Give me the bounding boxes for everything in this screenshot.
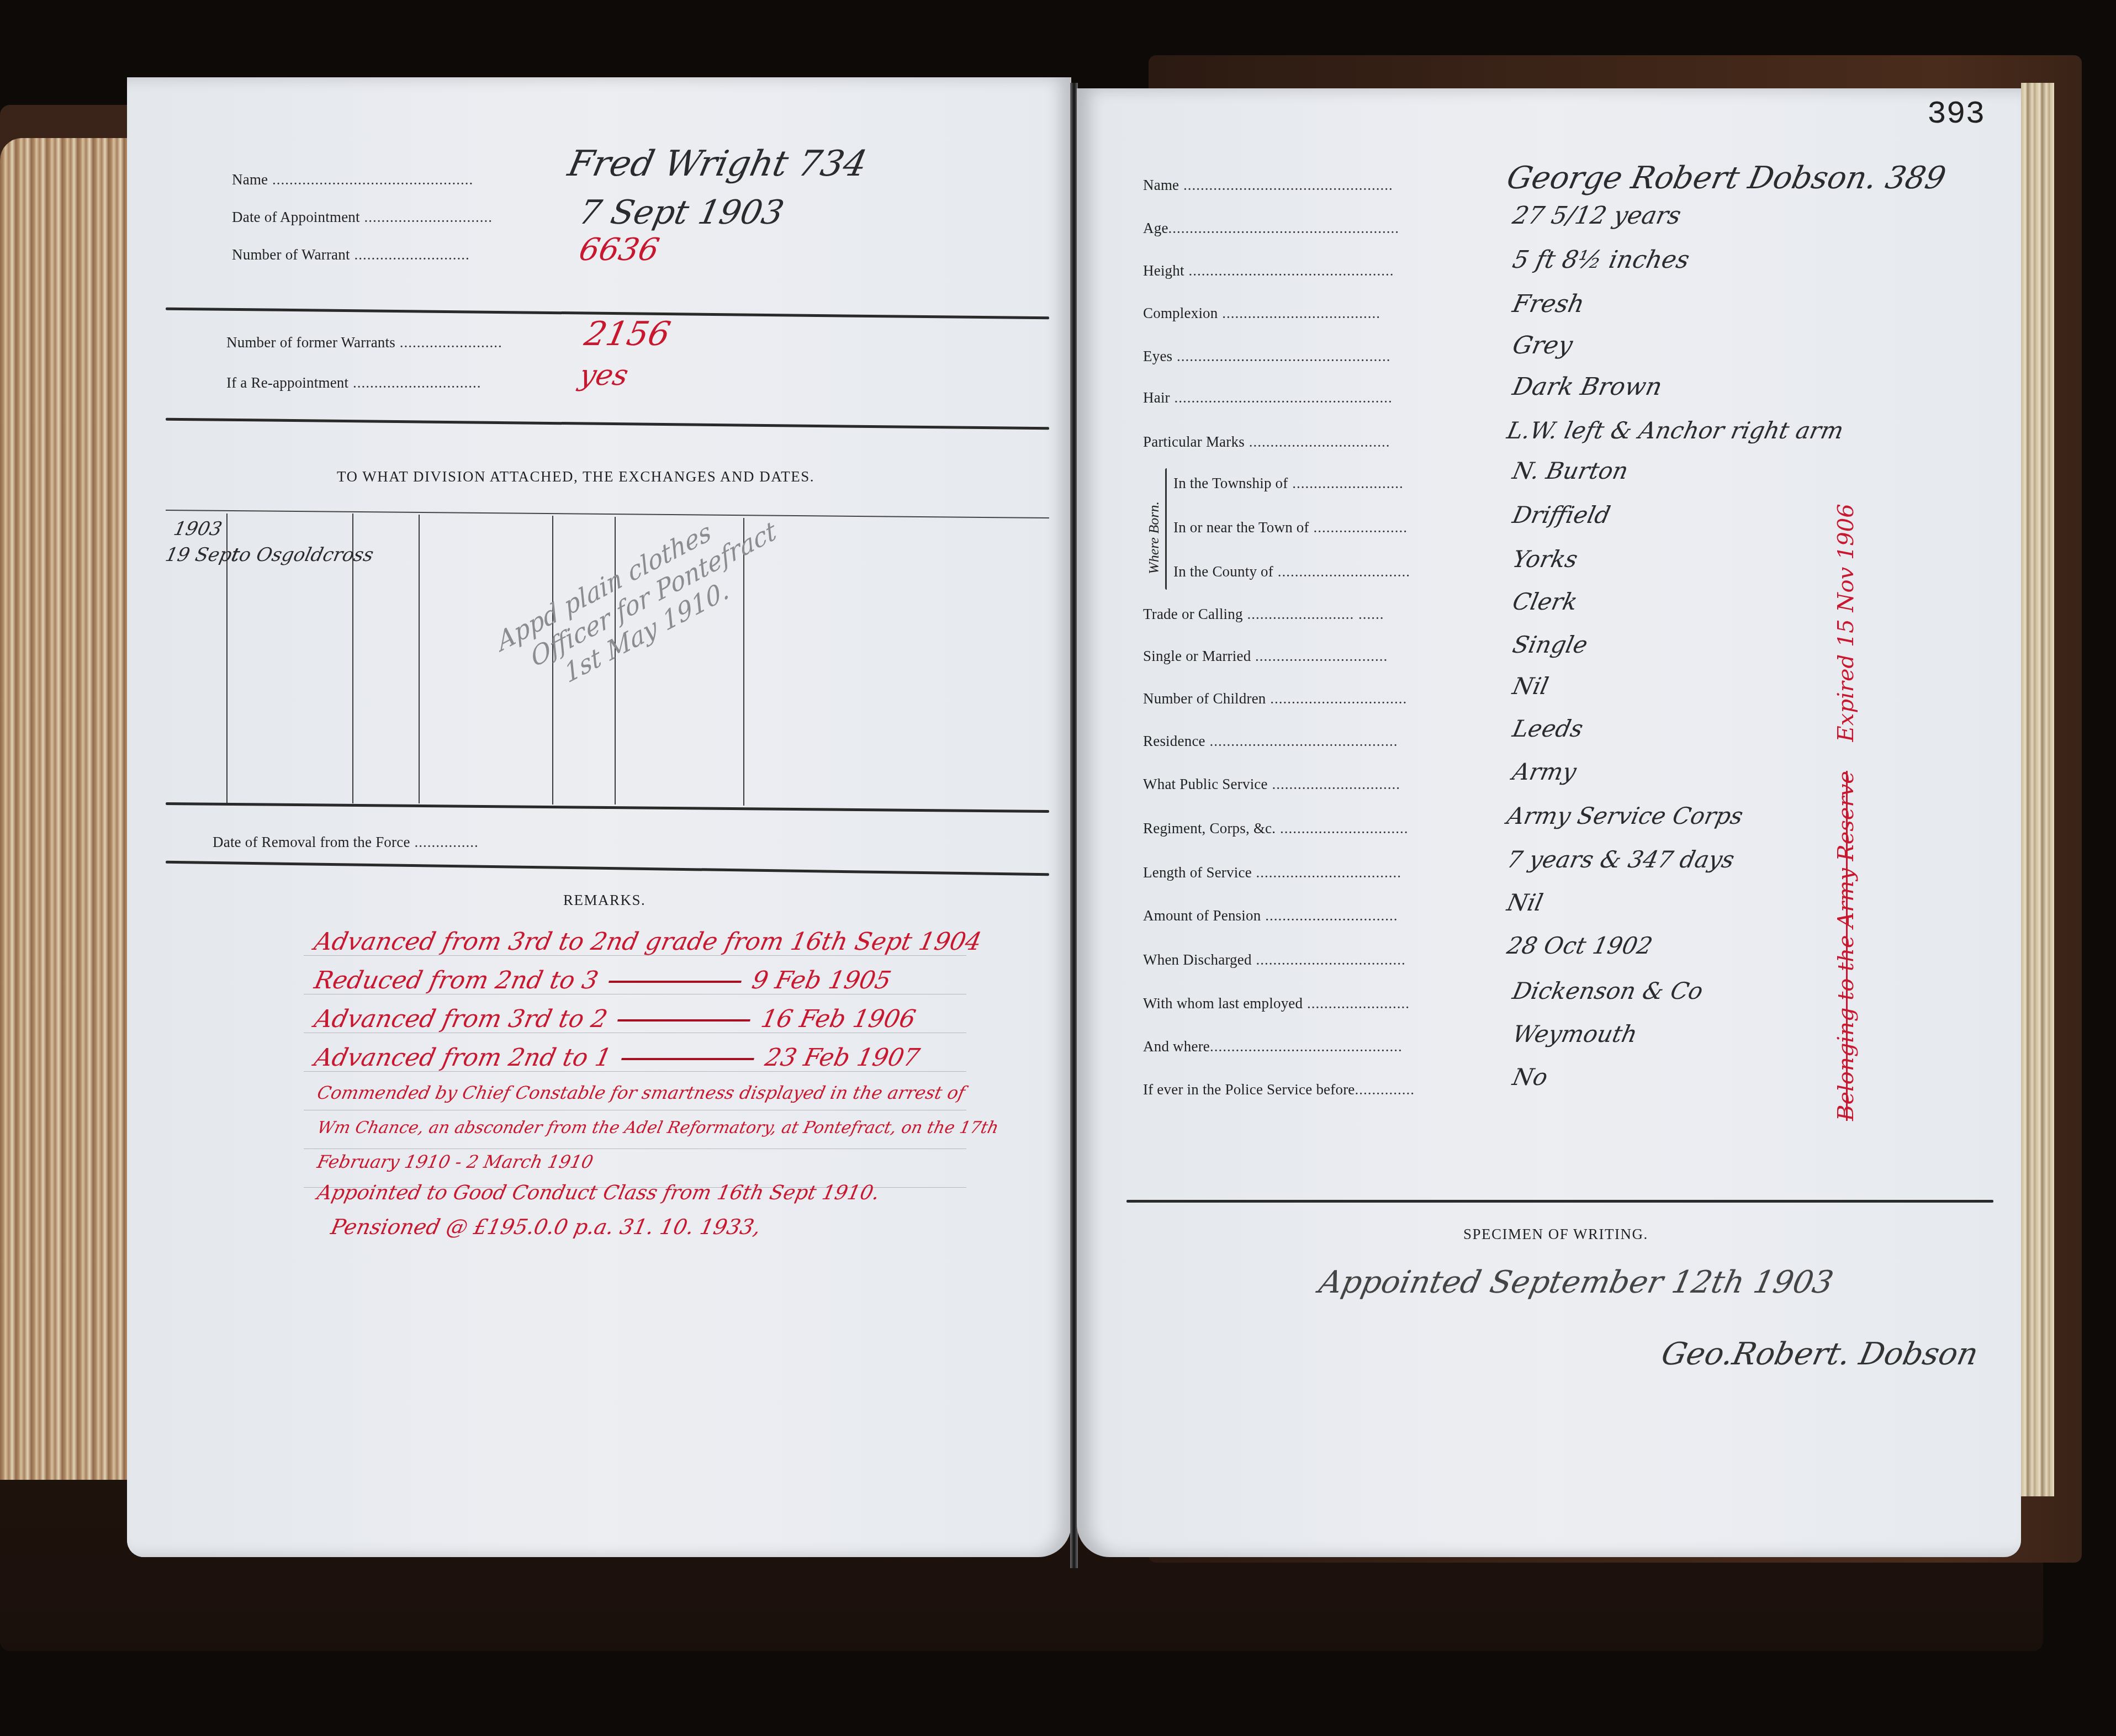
page-edges-right: [2021, 83, 2054, 1496]
field-value-age: 27 5/12 years: [1510, 202, 1684, 230]
remark-item: Appointed to Good Conduct Class from 16t…: [315, 1182, 882, 1204]
field-warrant-value: 6636: [576, 232, 662, 268]
field-label: Name ...................................…: [1143, 177, 1393, 194]
remark-item: February 1910 - 2 March 1910: [315, 1151, 595, 1172]
margin-note-text: Expired 15 Nov 1906: [1833, 504, 1859, 742]
field-label: Amount of Pension ......................…: [1143, 907, 1398, 924]
divider: [166, 418, 1049, 430]
pencil-note: Appd plain clothes Officer for Pontefrac…: [491, 490, 796, 708]
remarks-heading: REMARKS.: [563, 892, 646, 909]
where-born-label: Where Born.: [1146, 501, 1162, 574]
specimen-heading: SPECIMEN OF WRITING.: [1463, 1226, 1648, 1243]
field-label: Eyes ...................................…: [1143, 348, 1391, 365]
division-entry-year: 1903: [172, 518, 224, 540]
specimen-text: Appointed September 12th 1903: [1316, 1264, 1837, 1300]
field-value-employer: Dickenson & Co: [1510, 977, 1706, 1004]
field-label: Height .................................…: [1143, 262, 1394, 279]
field-value-trade: Clerk: [1510, 588, 1580, 615]
field-value-name: George Robert Dobson. 389: [1504, 160, 1949, 196]
field-value-township: N. Burton: [1510, 457, 1631, 484]
divider: [166, 802, 1049, 813]
field-label: And where...............................…: [1143, 1038, 1403, 1055]
field-label: Hair ...................................…: [1143, 389, 1393, 406]
remark-item: Advanced from 3rd to 216 Feb 1906: [312, 1005, 918, 1033]
remark-item: Wm Chance, an absconder from the Adel Re…: [315, 1118, 1000, 1137]
field-former-warrants-value: 2156: [581, 315, 674, 353]
field-value-complexion: Fresh: [1510, 290, 1587, 318]
remark-item: Advanced from 2nd to 123 Feb 1907: [312, 1044, 922, 1072]
field-label: Number of Children .....................…: [1143, 690, 1407, 707]
field-name-value: Fred Wright 734: [564, 144, 870, 184]
field-former-warrants-label: Number of former Warrants ..............…: [226, 334, 502, 351]
field-value-county: Yorks: [1510, 546, 1580, 573]
field-label: Trade or Calling .......................…: [1143, 606, 1384, 623]
field-appointment-label: Date of Appointment ....................…: [232, 209, 493, 226]
field-label: Age.....................................…: [1143, 220, 1399, 237]
field-warrant-label: Number of Warrant ......................…: [232, 246, 470, 263]
page-edges-left: [0, 138, 144, 1480]
field-value-public-service: Army: [1510, 758, 1579, 785]
divider: [1126, 1200, 1993, 1203]
field-value-town: Driffield: [1510, 501, 1613, 528]
field-value-marks: L.W. left & Anchor right arm: [1505, 417, 1846, 444]
field-label: What Public Service ....................…: [1143, 776, 1400, 793]
field-value-residence: Leeds: [1510, 715, 1585, 742]
field-value-eyes: Grey: [1510, 331, 1575, 359]
field-label: In or near the Town of .................…: [1173, 519, 1408, 536]
remark-item: Pensioned @ £195.0.0 p.a. 31. 10. 1933,: [329, 1215, 763, 1239]
field-label: Particular Marks .......................…: [1143, 433, 1390, 451]
field-value-marital: Single: [1510, 631, 1590, 658]
field-value-discharged: 28 Oct 1902: [1505, 932, 1655, 959]
field-value-police-before: No: [1510, 1063, 1550, 1091]
field-label: Length of Service ......................…: [1143, 864, 1401, 881]
division-heading: TO WHAT DIVISION ATTACHED, THE EXCHANGES…: [337, 468, 814, 485]
field-label: When Discharged ........................…: [1143, 951, 1406, 968]
field-value-height: 5 ft 8½ inches: [1510, 246, 1692, 274]
removal-label: Date of Removal from the Force .........…: [213, 834, 479, 851]
field-label: Complexion .............................…: [1143, 305, 1380, 322]
division-entry-division: to Osgoldcross: [230, 544, 375, 566]
field-label: In the Township of .....................…: [1173, 475, 1404, 492]
field-value-regiment: Army Service Corps: [1505, 802, 1745, 829]
field-label: Regiment, Corps, &c. ...................…: [1143, 820, 1408, 837]
margin-note-struck: Belonging to the Army Reserve: [1833, 771, 1859, 1121]
field-label: Single or Married ......................…: [1143, 648, 1388, 665]
remark-item: Advanced from 3rd to 2nd grade from 16th…: [312, 928, 985, 956]
field-label: With whom last employed ................…: [1143, 995, 1410, 1012]
signature: Geo.Robert. Dobson: [1658, 1336, 1981, 1372]
field-name-label: Name ...................................…: [232, 171, 473, 188]
left-page: Name ...................................…: [127, 77, 1071, 1557]
field-value-length-service: 7 years & 347 days: [1505, 846, 1737, 873]
field-value-children: Nil: [1510, 673, 1551, 700]
divider: [166, 861, 1049, 876]
field-value-where: Weymouth: [1510, 1020, 1640, 1047]
field-reappointment-value: yes: [576, 359, 632, 392]
field-label: If ever in the Police Service before....…: [1143, 1081, 1415, 1098]
right-page: 393 Name ...............................…: [1077, 88, 2021, 1557]
where-born-brace: [1165, 468, 1167, 590]
field-label: In the County of .......................…: [1173, 563, 1410, 580]
field-value-pension: Nil: [1505, 889, 1546, 916]
field-reappointment-label: If a Re-appointment ....................…: [226, 374, 481, 391]
remark-item: Commended by Chief Constable for smartne…: [315, 1082, 967, 1103]
field-appointment-value: 7 Sept 1903: [576, 193, 787, 232]
page-number: 393: [1927, 97, 1985, 133]
remark-item: Reduced from 2nd to 39 Feb 1905: [312, 966, 894, 994]
field-value-hair: Dark Brown: [1510, 373, 1665, 401]
field-label: Residence ..............................…: [1143, 733, 1398, 750]
margin-note: Belonging to the Army Reserve Expired 15…: [1833, 504, 1859, 1121]
